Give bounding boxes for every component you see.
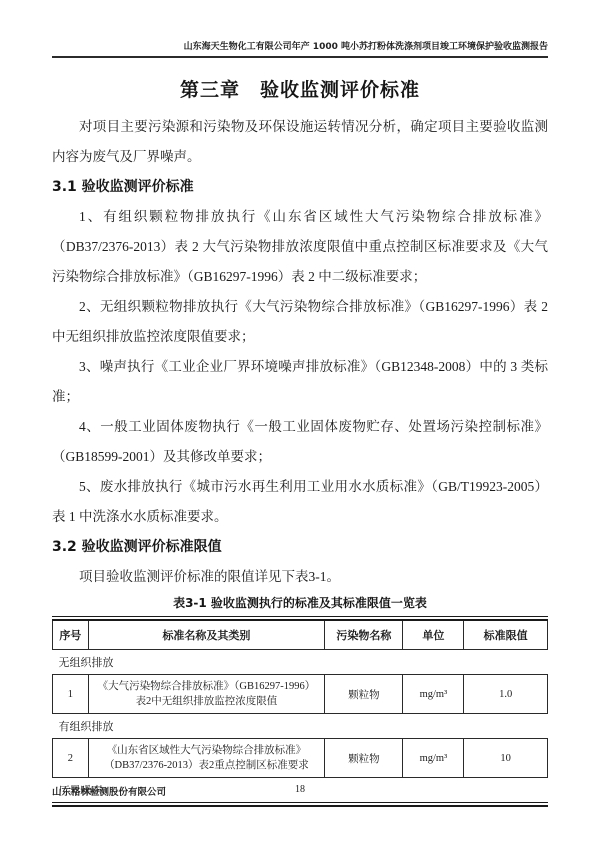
column-header-unit: 单位: [403, 621, 464, 650]
table-caption: 表3-1 验收监测执行的标准及其标准限值一览表: [52, 595, 548, 612]
table-header: 序号 标准名称及其类别 污染物名称 单位 标准限值: [53, 621, 548, 650]
group-row-organized-emission: 有组织排放: [53, 714, 548, 739]
table-row: 1 《大气污染物综合排放标准》（GB16297-1996） 表2中无组织排放监控…: [53, 675, 548, 714]
group-row-fugitive-emission: 无组织排放: [53, 650, 548, 675]
intro-paragraph: 对项目主要污染源和污染物及环保设施运转情况分析，确定项目主要验收监测内容为废气及…: [52, 112, 548, 172]
column-header-no: 序号: [53, 621, 89, 650]
cell-no: 1: [53, 675, 89, 714]
standard-item-1: 1、有组织颗粒物排放执行《山东省区域性大气污染物综合排放标准》（DB37/237…: [52, 202, 548, 292]
cell-limit: 10: [464, 739, 548, 778]
header-rule: [52, 56, 548, 58]
cell-standard: 《大气污染物综合排放标准》（GB16297-1996） 表2中无组织排放监控浓度…: [88, 675, 325, 714]
section-3-2-heading: 3.2 验收监测评价标准限值: [52, 532, 548, 562]
standard-item-5: 5、废水排放执行《城市污水再生利用工业用水水质标准》（GB/T19923-200…: [52, 472, 548, 532]
cell-no: 2: [53, 739, 89, 778]
table-header-row: 序号 标准名称及其类别 污染物名称 单位 标准限值: [53, 621, 548, 650]
page-footer: 山东格林检测股份有限公司 18: [52, 784, 548, 798]
group-label: 无组织排放: [53, 650, 548, 675]
cell-unit: mg/m³: [403, 675, 464, 714]
section-3-2-intro: 项目验收监测评价标准的限值详见下表3-1。: [52, 562, 548, 592]
standard-item-2: 2、无组织颗粒物排放执行《大气污染物综合排放标准》（GB16297-1996）表…: [52, 292, 548, 352]
footer-company-name: 山东格林检测股份有限公司: [52, 784, 166, 798]
standards-limits-table: 序号 标准名称及其类别 污染物名称 单位 标准限值 无组织排放 1 《大气污染物…: [52, 621, 548, 802]
footer-page-number: 18: [295, 784, 305, 795]
column-header-limit: 标准限值: [464, 621, 548, 650]
chapter-title: 第三章 验收监测评价标准: [52, 78, 548, 102]
standard-item-4: 4、一般工业固体废物执行《一般工业固体废物贮存、处置场污染控制标准》（GB185…: [52, 412, 548, 472]
section-3-1-heading: 3.1 验收监测评价标准: [52, 172, 548, 202]
cell-standard: 《山东省区域性大气污染物综合排放标准》 （DB37/2376-2013）表2重点…: [88, 739, 325, 778]
document-page: 山东海天生物化工有限公司年产 1000 吨小苏打粉体洗涤剂项目竣工环境保护验收监…: [0, 0, 600, 848]
column-header-standard: 标准名称及其类别: [88, 621, 325, 650]
cell-limit: 1.0: [464, 675, 548, 714]
table-row: 2 《山东省区域性大气污染物综合排放标准》 （DB37/2376-2013）表2…: [53, 739, 548, 778]
cell-unit: mg/m³: [403, 739, 464, 778]
cell-pollutant: 颗粒物: [325, 675, 403, 714]
column-header-pollutant: 污染物名称: [325, 621, 403, 650]
group-label: 有组织排放: [53, 714, 548, 739]
cell-pollutant: 颗粒物: [325, 739, 403, 778]
standard-item-3: 3、噪声执行《工业企业厂界环境噪声排放标准》（GB12348-2008）中的 3…: [52, 352, 548, 412]
running-header-title: 山东海天生物化工有限公司年产 1000 吨小苏打粉体洗涤剂项目竣工环境保护验收监…: [52, 42, 548, 53]
page-header: 山东海天生物化工有限公司年产 1000 吨小苏打粉体洗涤剂项目竣工环境保护验收监…: [52, 42, 548, 58]
table-bottom-rule: [52, 802, 548, 807]
